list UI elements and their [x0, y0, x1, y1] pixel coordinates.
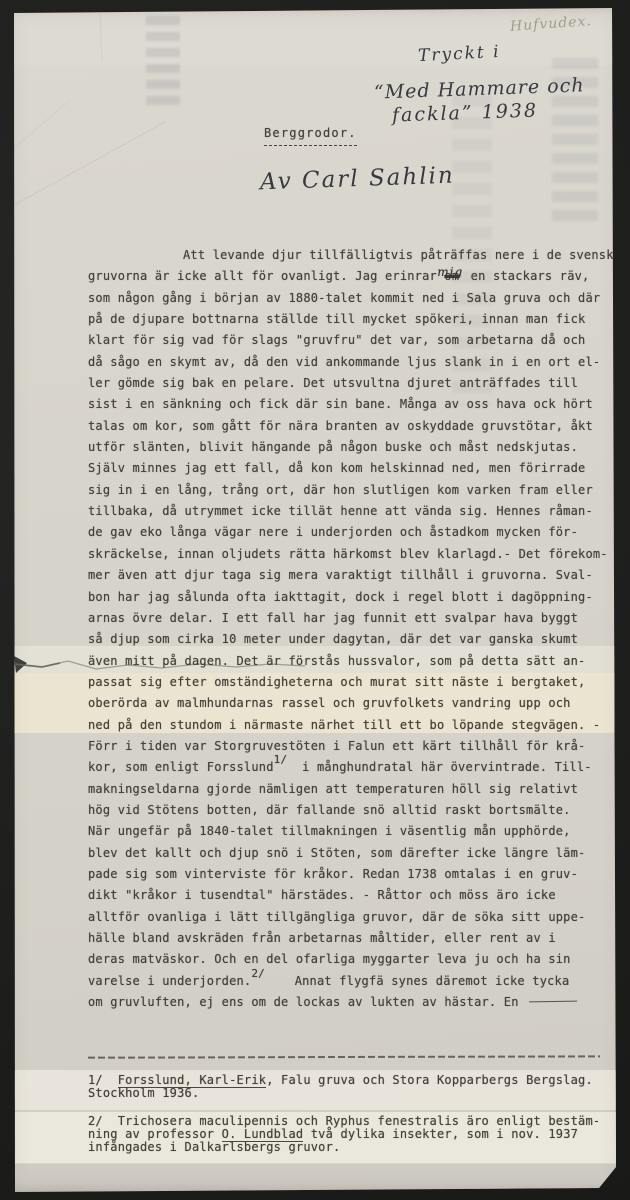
- body-line: När ungefär på 1840-talet tillmakningen …: [88, 821, 610, 842]
- body-line: hälle bland avskräden från arbetarnas må…: [88, 928, 610, 949]
- handwritten-printed-in-note-line1: Tryckt i: [418, 42, 502, 66]
- body-line: pade sig som vinterviste för kråkor. Red…: [88, 864, 610, 885]
- handwritten-author-byline: Av Carl Sahlin: [260, 163, 456, 196]
- footnote-line: infångades i Dalkarlsbergs gruvor.: [88, 1141, 610, 1154]
- body-line: dikt "kråkor i tusendtal" härstädes. - R…: [88, 885, 610, 906]
- trailing-dash-line: [529, 1001, 577, 1003]
- paper-tone-band: [0, 646, 630, 674]
- underlined-text: Forsslund, Karl-Erik: [118, 1073, 267, 1088]
- body-line: mer även att djur taga sig mera varaktig…: [88, 565, 610, 586]
- body-line: då sågo en skymt av, då den vid ankomman…: [88, 352, 610, 373]
- handwritten-printed-in-note-line3: fackla” 1938: [392, 99, 539, 126]
- body-line: även mitt på dagen. Det är förstås hussv…: [88, 651, 610, 672]
- bleedthrough-ghost: [552, 58, 598, 223]
- body-line: gruvorna är icke allt för ovanligt. Jag …: [88, 266, 610, 287]
- body-line: talas om kor, som gått för nära branten …: [88, 416, 610, 437]
- body-line: skräckelse, innan oljudets rätta härkoms…: [88, 544, 610, 565]
- body-line: kor, som enligt Forsslund1/ i månghundra…: [88, 757, 610, 778]
- body-line: sig in i en lång, trång ort, där hon slu…: [88, 480, 610, 501]
- body-line: utför slänten, blivit hängande på någon …: [88, 437, 610, 458]
- body-line: passat sig efter omständigheterna och mu…: [88, 672, 610, 693]
- paper-sheet: Hufvudex. Tryckt i “Med Hammare och fack…: [0, 0, 630, 1200]
- footnote-line: 2/ Trichosera maculipennis och Ryphus fe…: [88, 1115, 610, 1128]
- body-line: bon har jag sålunda ofta iakttagit, dock…: [88, 587, 610, 608]
- body-line: ned på den stundom i närmaste närhet til…: [88, 715, 610, 736]
- paper-creases: [0, 0, 630, 1200]
- body-paragraph: Att levande djur tillfälligtvis påträffa…: [88, 245, 610, 1013]
- body-line: om gruvluften, ej ens om de lockas av lu…: [88, 992, 610, 1013]
- footnote-line: 1/ Forsslund, Karl-Erik, Falu gruva och …: [88, 1074, 610, 1087]
- paper-tone-band: [0, 1163, 630, 1189]
- body-line: tillbaka, då utrymmet icke tillät henne …: [88, 501, 610, 522]
- footnote-separator-line: [88, 1055, 600, 1058]
- body-line: Förr i tiden var Storgruvestöten i Falun…: [88, 736, 610, 757]
- paper-tone-band: [0, 1112, 630, 1164]
- underlined-text: O. Lundblad: [222, 1127, 304, 1142]
- scanned-page-photo: Hufvudex. Tryckt i “Med Hammare och fack…: [0, 0, 630, 1200]
- footnote-1: 1/ Forsslund, Karl-Erik, Falu gruva och …: [88, 1074, 610, 1099]
- footnote-line: ning av professor O. Lundblad två dylika…: [88, 1128, 610, 1141]
- body-line: som någon gång i början av 1880-talet ko…: [88, 288, 610, 309]
- body-line: hög vid Stötens botten, där fallande snö…: [88, 800, 610, 821]
- footnote-marker: 1/: [274, 753, 288, 766]
- bleedthrough-ghost: [146, 16, 180, 112]
- body-line: blev det kallt och djup snö i Stöten, so…: [88, 843, 610, 864]
- body-line: alltför ovanliga i lätt tillgängliga gru…: [88, 907, 610, 928]
- body-line: makningseldarna gjorde nämligen att temp…: [88, 779, 610, 800]
- footnote-line: Stockholm 1936.: [88, 1087, 610, 1100]
- body-line: Att levande djur tillfälligtvis påträffa…: [88, 245, 610, 266]
- struck-out-word: om: [444, 269, 459, 283]
- body-line: oberörda av malmhundarnas rassel och gru…: [88, 693, 610, 714]
- body-line: ler gömde sig bak en pelare. Det utsvult…: [88, 373, 610, 394]
- footnote-marker: 2/: [251, 967, 265, 980]
- body-line: så djup som cirka 10 meter under dagytan…: [88, 629, 610, 650]
- bleedthrough-ghost: [452, 95, 492, 405]
- body-line: arnas övre delar. I ett fall har jag fun…: [88, 608, 610, 629]
- paper-tone-band: [0, 13, 630, 65]
- body-line: Själv minnes jag ett fall, då kon kom he…: [88, 458, 610, 479]
- body-line: på de djupare bottnarna ställde till myc…: [88, 309, 610, 330]
- pencil-owner-note: Hufvudex.: [510, 13, 593, 35]
- body-line: deras matväskor. Och en del ofarliga myg…: [88, 949, 610, 970]
- paper-tone-band: [0, 1070, 630, 1110]
- document-title: Berggrodor.: [264, 126, 357, 146]
- body-line: klart för sig vad för slags "gruvfru" de…: [88, 330, 610, 351]
- paper-tone-band: [0, 673, 630, 733]
- handwritten-printed-in-note-line2: “Med Hammare och: [374, 74, 585, 103]
- body-line: de gav eko långa vägar nere i underjorde…: [88, 522, 610, 543]
- body-line: sist i en sänkning och fick där sin bane…: [88, 394, 610, 415]
- footnote-2: 2/ Trichosera maculipennis och Ryphus fe…: [88, 1115, 610, 1154]
- body-line: varelse i underjorden.2/ Annat flygfä sy…: [88, 971, 610, 992]
